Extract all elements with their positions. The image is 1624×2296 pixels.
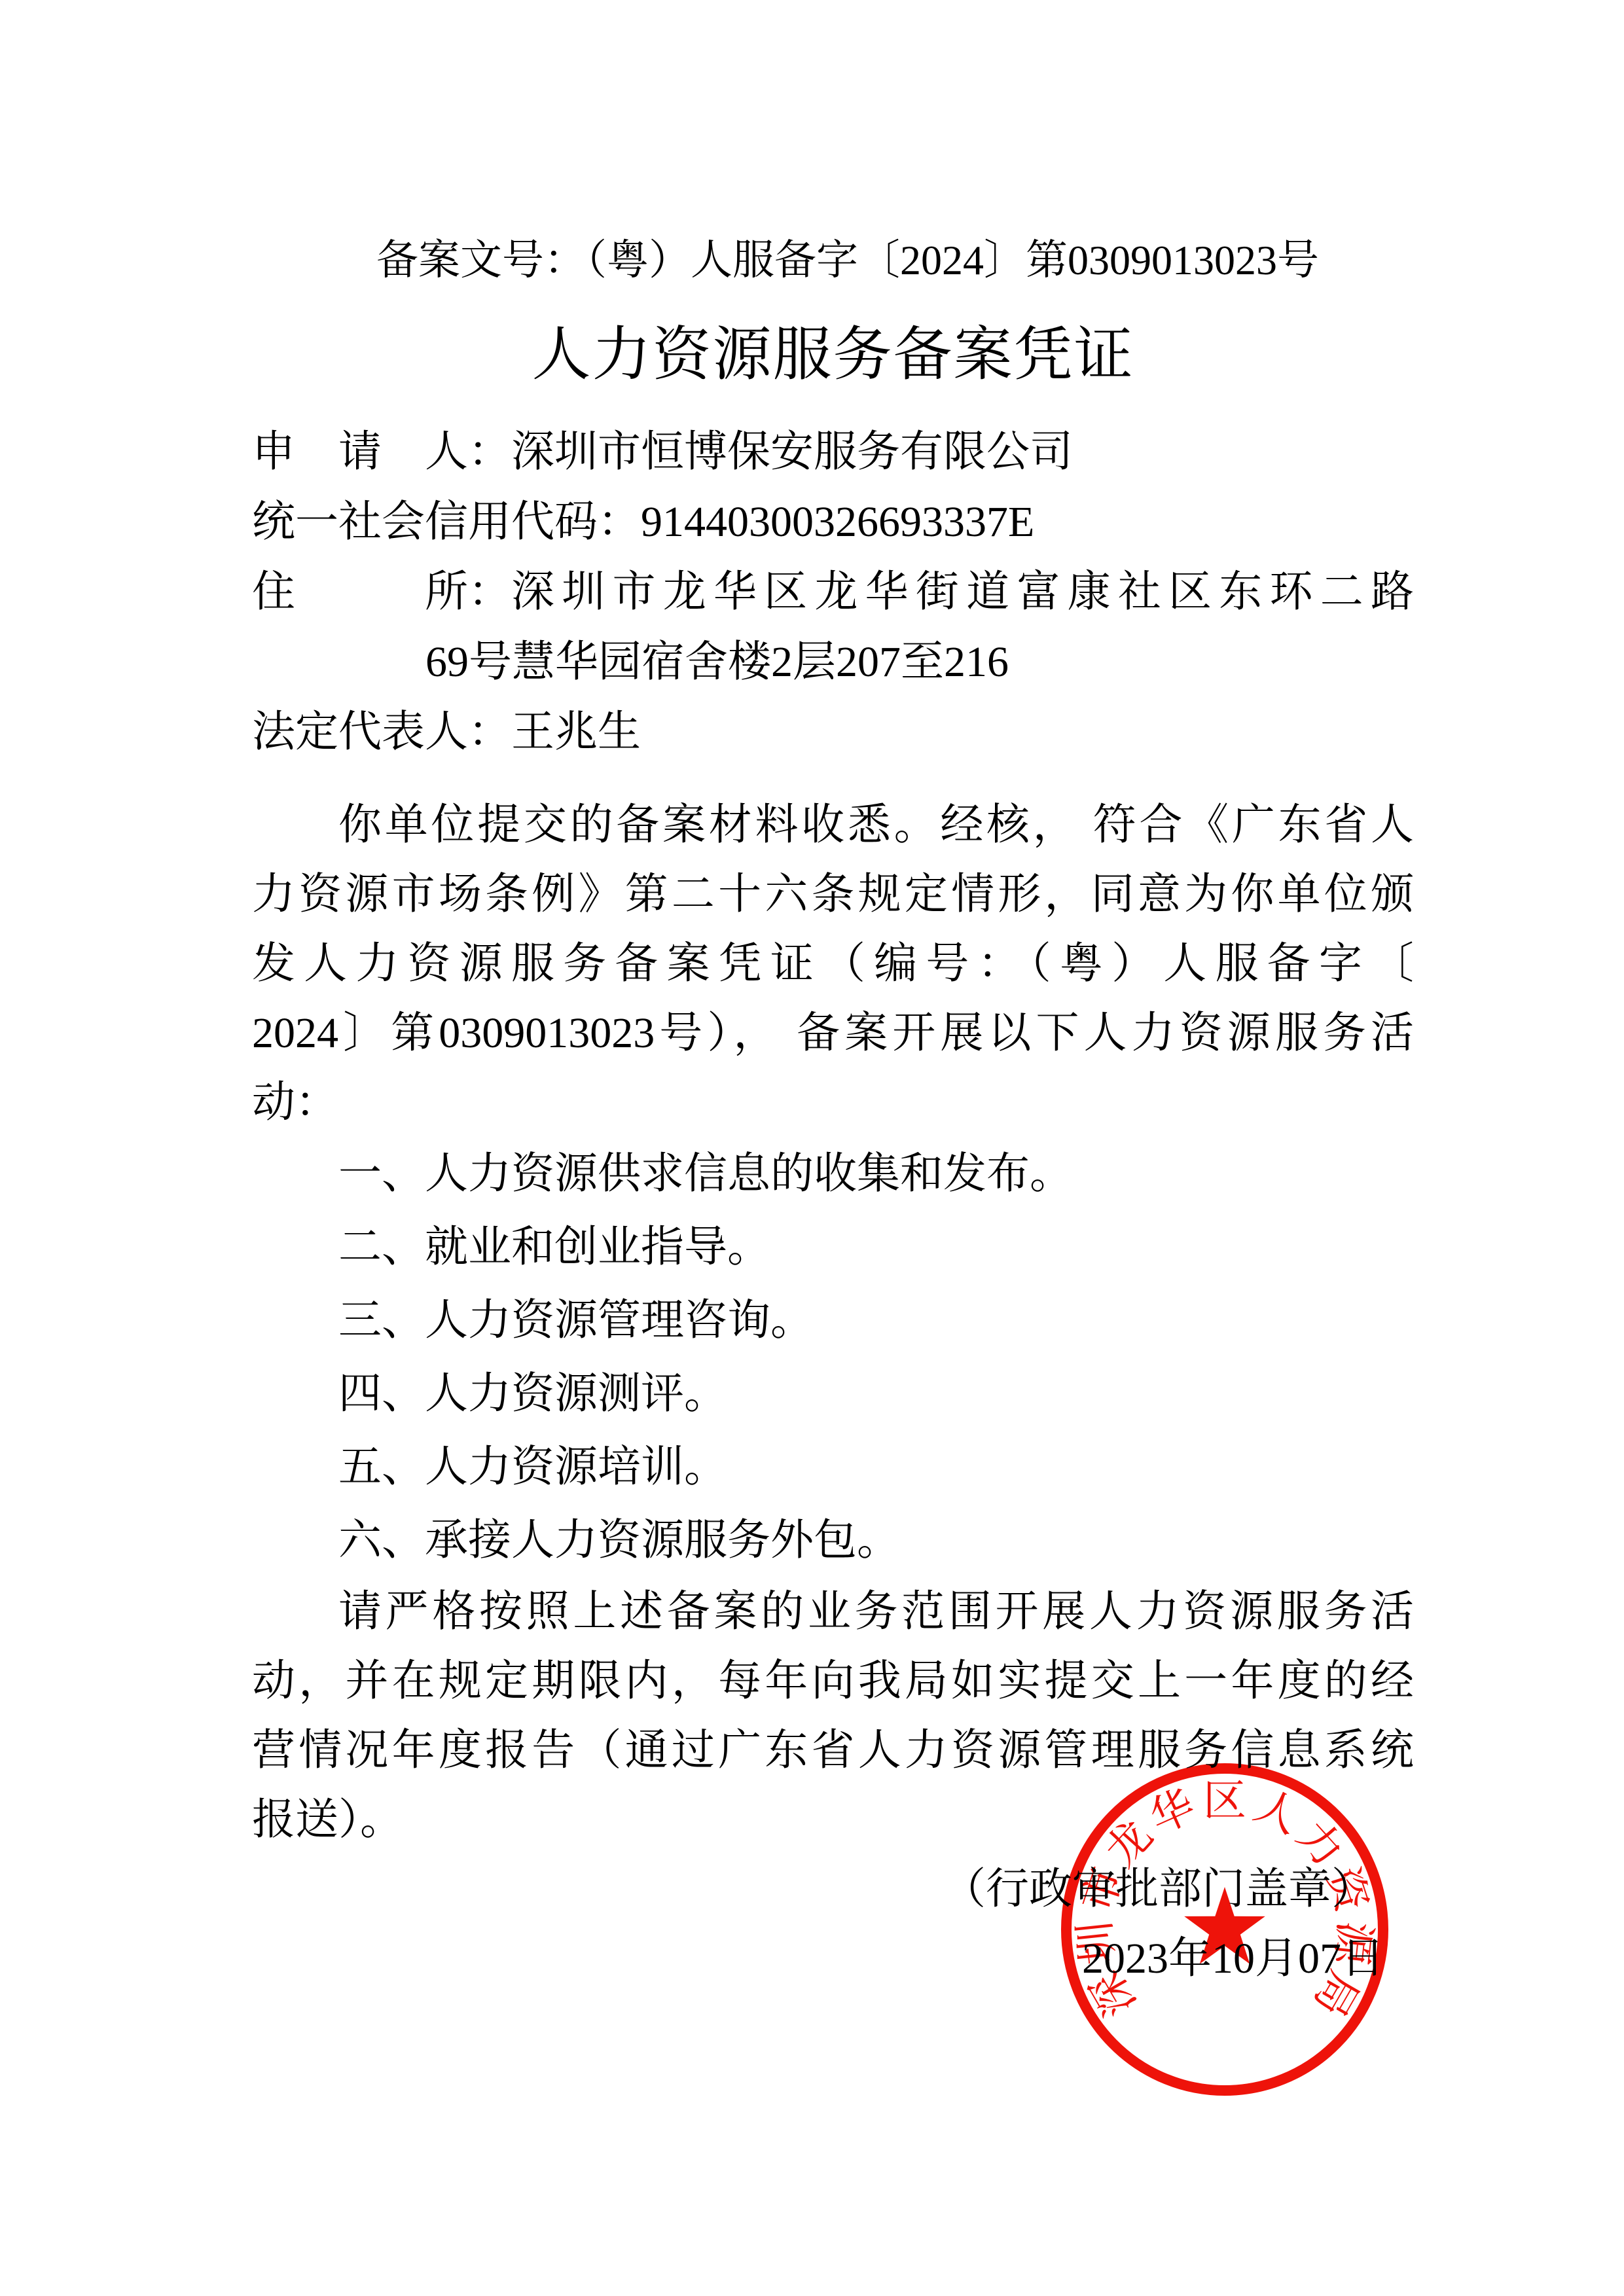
paragraph-line: 动，并在规定期限内，每年向我局如实提交上一年度的经 (252, 1647, 1414, 1716)
paragraph-line: 发人力资源服务备案凭证（编号：（粤）人服备字〔 (252, 929, 1414, 999)
certificate-page: 备案文号：（粤）人服备字〔2024〕第0309013023号 人力资源服务备案凭… (0, 0, 1624, 2296)
applicant-label: 申 请 人： (252, 428, 511, 476)
applicant-value: 深圳市恒博保安服务有限公司 (511, 428, 1073, 476)
field-applicant: 申 请 人：深圳市恒博保安服务有限公司 (252, 417, 1414, 487)
address-value-line2: 69号慧华园宿舍楼2层207至216 (252, 627, 1414, 697)
address-value-line1: 深圳市龙华区龙华街道富康社区东环二路 (511, 557, 1414, 627)
body-paragraph-1: 你单位提交的备案材料收悉。经核， 符合《广东省人 力资源市场条例》第二十六条规定… (252, 791, 1414, 1138)
credit-code-value: 91440300326693337E (641, 498, 1034, 546)
certificate-content: 备案文号：（粤）人服备字〔2024〕第0309013023号 人力资源服务备案凭… (252, 226, 1414, 1994)
service-item: 五、人力资源培训。 (252, 1431, 1414, 1504)
legal-rep-value: 王兆生 (511, 708, 641, 756)
legal-rep-label: 法定代表人： (252, 708, 511, 756)
paragraph-line: 报送）。 (252, 1785, 1414, 1855)
service-item: 二、就业和创业指导。 (252, 1211, 1414, 1284)
paragraph-line: 动： (252, 1068, 1414, 1138)
paragraph-line: 力资源市场条例》第二十六条规定情形，同意为你单位颁 (252, 860, 1414, 929)
filing-number-line: 备案文号：（粤）人服备字〔2024〕第0309013023号 (376, 226, 1414, 295)
service-item: 一、人力资源供求信息的收集和发布。 (252, 1138, 1414, 1211)
issue-date: 2023年10月07日 (252, 1924, 1414, 1994)
body-paragraph-2: 请严格按照上述备案的业务范围开展人力资源服务活 动，并在规定期限内，每年向我局如… (252, 1577, 1414, 1855)
field-legal-rep: 法定代表人：王兆生 (252, 697, 1414, 767)
applicant-fields: 申 请 人：深圳市恒博保安服务有限公司 统一社会信用代码：91440300326… (252, 417, 1414, 767)
service-item: 四、人力资源测评。 (252, 1357, 1414, 1431)
document-title: 人力资源服务备案凭证 (252, 312, 1414, 399)
field-address: 住 所：深圳市龙华区龙华街道富康社区东环二路 (252, 557, 1414, 627)
paragraph-line: 你单位提交的备案材料收悉。经核， 符合《广东省人 (252, 791, 1414, 860)
service-list: 一、人力资源供求信息的收集和发布。 二、就业和创业指导。 三、人力资源管理咨询。… (252, 1138, 1414, 1577)
credit-code-label: 统一社会信用代码： (252, 498, 641, 546)
service-item: 六、承接人力资源服务外包。 (252, 1504, 1414, 1577)
field-credit-code: 统一社会信用代码：91440300326693337E (252, 487, 1414, 557)
paragraph-line: 营情况年度报告（通过广东省人力资源管理服务信息系统 (252, 1716, 1414, 1785)
paragraph-line: 2024〕第0309013023号）， 备案开展以下人力资源服务活 (252, 999, 1414, 1068)
service-item: 三、人力资源管理咨询。 (252, 1284, 1414, 1357)
seal-note: （行政审批部门盖章） (252, 1855, 1414, 1924)
address-label: 住 所： (252, 568, 511, 616)
paragraph-line: 请严格按照上述备案的业务范围开展人力资源服务活 (252, 1577, 1414, 1647)
